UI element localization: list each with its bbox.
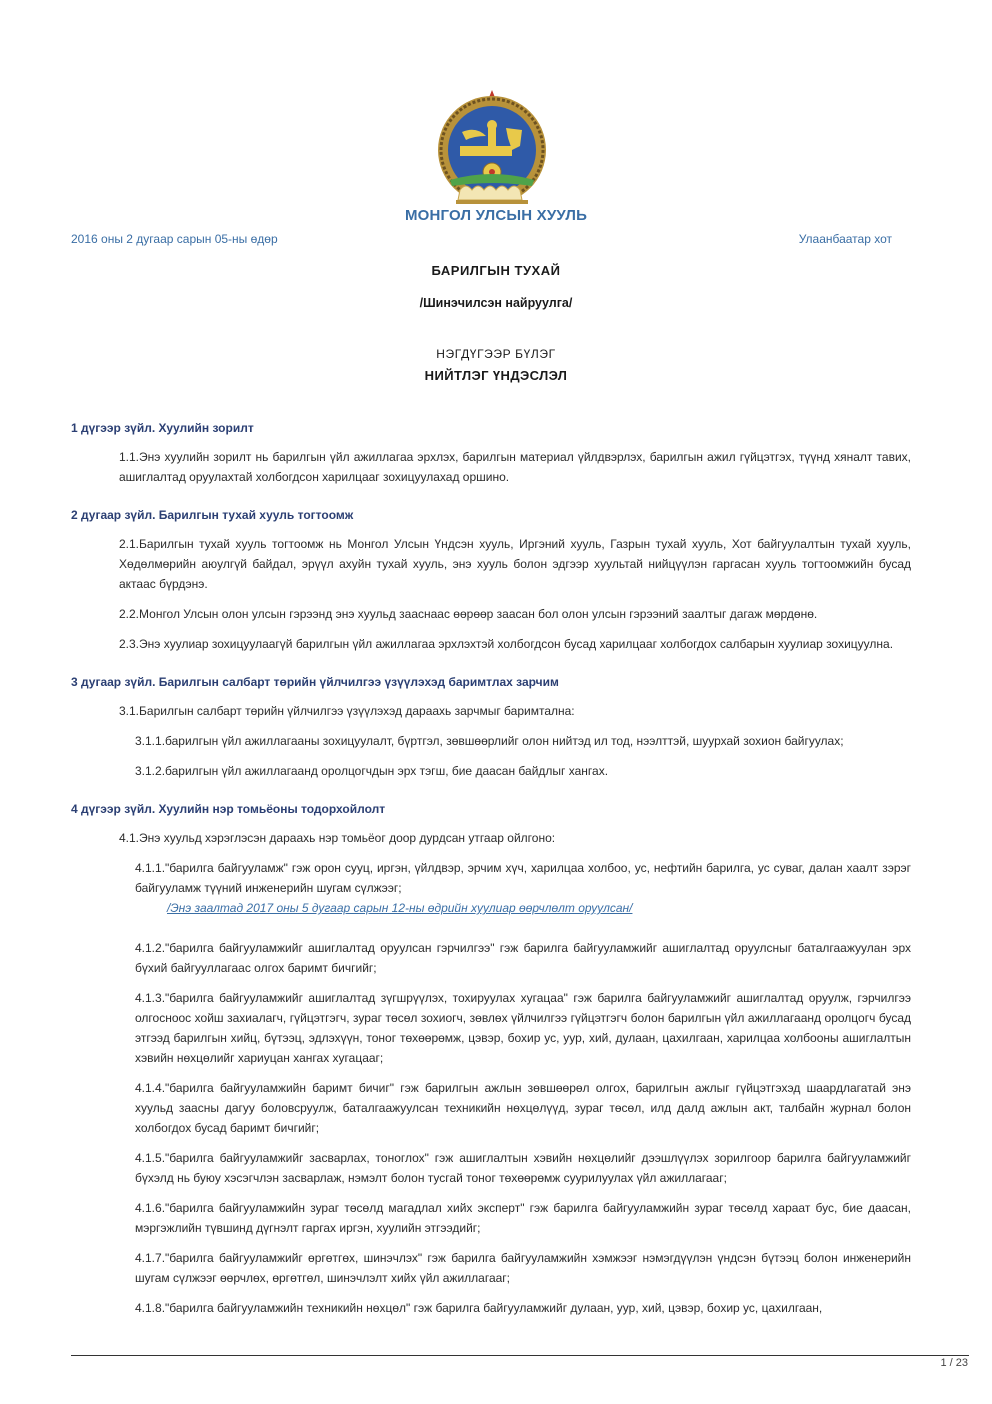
paragraph: 4.1.1."барилга байгууламж" гэж орон сууц… (71, 858, 911, 898)
article: 2 дугаар зүйл. Барилгын тухай хууль тогт… (71, 508, 911, 654)
paragraph: 2.1.Барилгын тухай хууль тогтоомж нь Мон… (71, 534, 911, 594)
document-brand-title: МОНГОЛ УЛСЫН ХУУЛЬ (0, 207, 992, 224)
article-heading: 1 дүгээр зүйл. Хуулийн зорилт (71, 421, 911, 435)
state-emblem-icon (436, 88, 548, 210)
paragraph: 4.1.4."барилга байгууламжийн баримт бичи… (71, 1078, 911, 1138)
chapter-number: НЭГДҮГЭЭР БҮЛЭГ (0, 347, 992, 361)
paragraph: 4.1.8."барилга байгууламжийн техникийн н… (71, 1298, 911, 1318)
paragraph: 1.1.Энэ хуулийн зорилт нь барилгын үйл а… (71, 447, 911, 487)
amendment-note-link[interactable]: /Энэ заалтад 2017 оны 5 дугаар сарын 12-… (71, 898, 911, 918)
paragraph: 4.1.2."барилга байгууламжийг ашиглалтад … (71, 938, 911, 978)
article: 1 дүгээр зүйл. Хуулийн зорилт 1.1.Энэ ху… (71, 421, 911, 487)
page-indicator: 1 / 23 (940, 1357, 968, 1369)
paragraph: 2.2.Монгол Улсын олон улсын гэрээнд энэ … (71, 604, 911, 624)
law-title: БАРИЛГЫН ТУХАЙ (0, 263, 992, 278)
document-body: 1 дүгээр зүйл. Хуулийн зорилт 1.1.Энэ ху… (71, 421, 911, 1318)
paragraph: 4.1.6."барилга байгууламжийн зураг төсөл… (71, 1198, 911, 1238)
enactment-date: 2016 оны 2 дугаар сарын 05-ны өдөр (71, 232, 278, 246)
paragraph: 3.1.1.барилгын үйл ажиллагааны зохицуула… (71, 731, 911, 751)
article-heading: 4 дүгээр зүйл. Хуулийн нэр томьёоны тодо… (71, 802, 911, 816)
paragraph: 4.1.3."барилга байгууламжийг ашиглалтад … (71, 988, 911, 1068)
paragraph: 3.1.2.барилгын үйл ажиллагаанд оролцогчд… (71, 761, 911, 781)
article-heading: 2 дугаар зүйл. Барилгын тухай хууль тогт… (71, 508, 911, 522)
article: 4 дүгээр зүйл. Хуулийн нэр томьёоны тодо… (71, 802, 911, 1318)
paragraph: 2.3.Энэ хуулиар зохицуулаагүй барилгын ү… (71, 634, 911, 654)
paragraph: 4.1.Энэ хуульд хэрэглэсэн дараахь нэр то… (71, 828, 911, 848)
law-subtitle: /Шинэчилсэн найруулга/ (0, 296, 992, 310)
article-heading: 3 дугаар зүйл. Барилгын салбарт төрийн ү… (71, 675, 911, 689)
footer-divider (71, 1355, 969, 1356)
paragraph: 4.1.5."барилга байгууламжийг засварлах, … (71, 1148, 911, 1188)
enactment-city: Улаанбаатар хот (799, 232, 892, 246)
paragraph: 4.1.7."барилга байгууламжийг өргөтгөх, ш… (71, 1248, 911, 1288)
paragraph: 3.1.Барилгын салбарт төрийн үйлчилгээ үз… (71, 701, 911, 721)
chapter-title: НИЙТЛЭГ ҮНДЭСЛЭЛ (0, 368, 992, 383)
article: 3 дугаар зүйл. Барилгын салбарт төрийн ү… (71, 675, 911, 781)
